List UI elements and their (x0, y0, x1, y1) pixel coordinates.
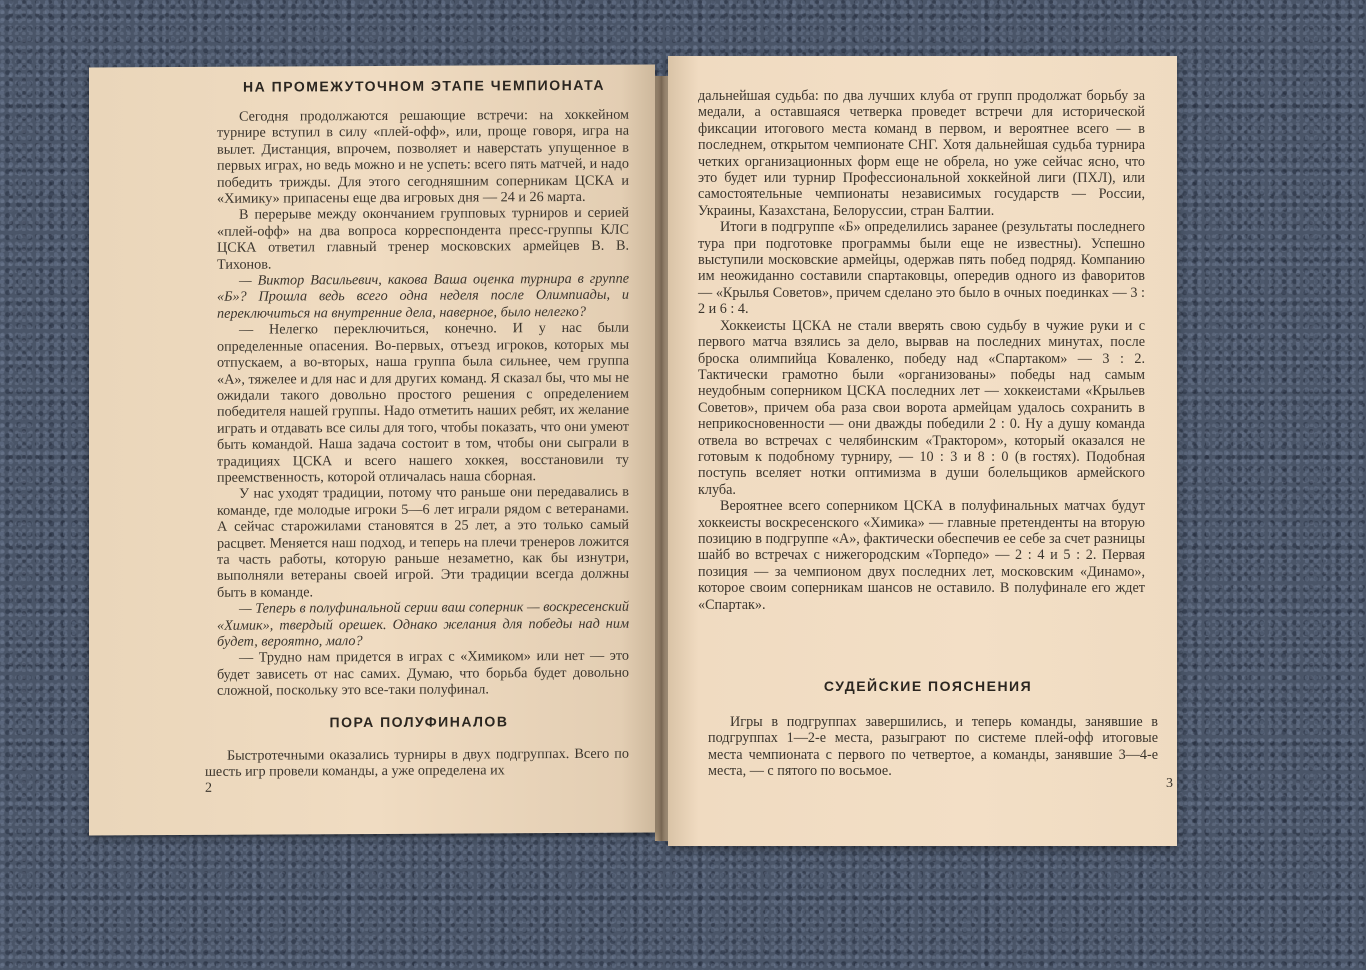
referee-notes: Игры в подгруппах завершились, и теперь … (708, 714, 1158, 780)
interview-answer: — Нелегко переключиться, конечно. И у на… (217, 320, 629, 486)
left-page-heading: НА ПРОМЕЖУТОЧНОМ ЭТАПЕ ЧЕМПИОНАТА (239, 77, 609, 95)
interview-question: — Теперь в полуфинальной серии ваш сопер… (217, 599, 629, 650)
paragraph: Вероятнее всего соперником ЦСКА в полуфи… (698, 498, 1145, 613)
section-heading-referee-notes: СУДЕЙСКИЕ ПОЯСНЕНИЯ (718, 678, 1138, 694)
interview-answer: У нас уходят традиции, потому что раньше… (217, 484, 629, 601)
right-page: дальнейшая судьба: по два лучших клуба о… (668, 56, 1177, 846)
interview-question: — Виктор Васильевич, какова Ваша оценка … (217, 271, 629, 322)
section-heading-semifinals: ПОРА ПОЛУФИНАЛОВ (209, 713, 629, 731)
interview-article: Сегодня продолжаются решающие встречи: н… (217, 107, 629, 700)
paragraph: дальнейшая судьба: по два лучших клуба о… (698, 88, 1145, 219)
paragraph: В перерыве между окончанием групповых ту… (217, 205, 629, 273)
left-page: НА ПРОМЕЖУТОЧНОМ ЭТАПЕ ЧЕМПИОНАТА Сегодн… (89, 65, 655, 836)
paragraph: Хоккеисты ЦСКА не стали вверять свою суд… (698, 318, 1145, 498)
semifinals-article: дальнейшая судьба: по два лучших клуба о… (698, 88, 1145, 613)
paragraph: Быстротечными оказались турниры в двух п… (205, 746, 629, 781)
page-number: 3 (1166, 776, 1173, 792)
paragraph: Сегодня продолжаются решающие встречи: н… (217, 107, 629, 208)
semifinals-intro: Быстротечными оказались турниры в двух п… (205, 746, 629, 781)
booklet-spine (655, 76, 668, 841)
page-number: 2 (205, 781, 212, 797)
paragraph: Игры в подгруппах завершились, и теперь … (708, 714, 1158, 780)
interview-answer: — Трудно нам придется в играх с «Химиком… (217, 648, 629, 699)
paragraph: Итоги в подгруппе «Б» определились заран… (698, 219, 1145, 317)
